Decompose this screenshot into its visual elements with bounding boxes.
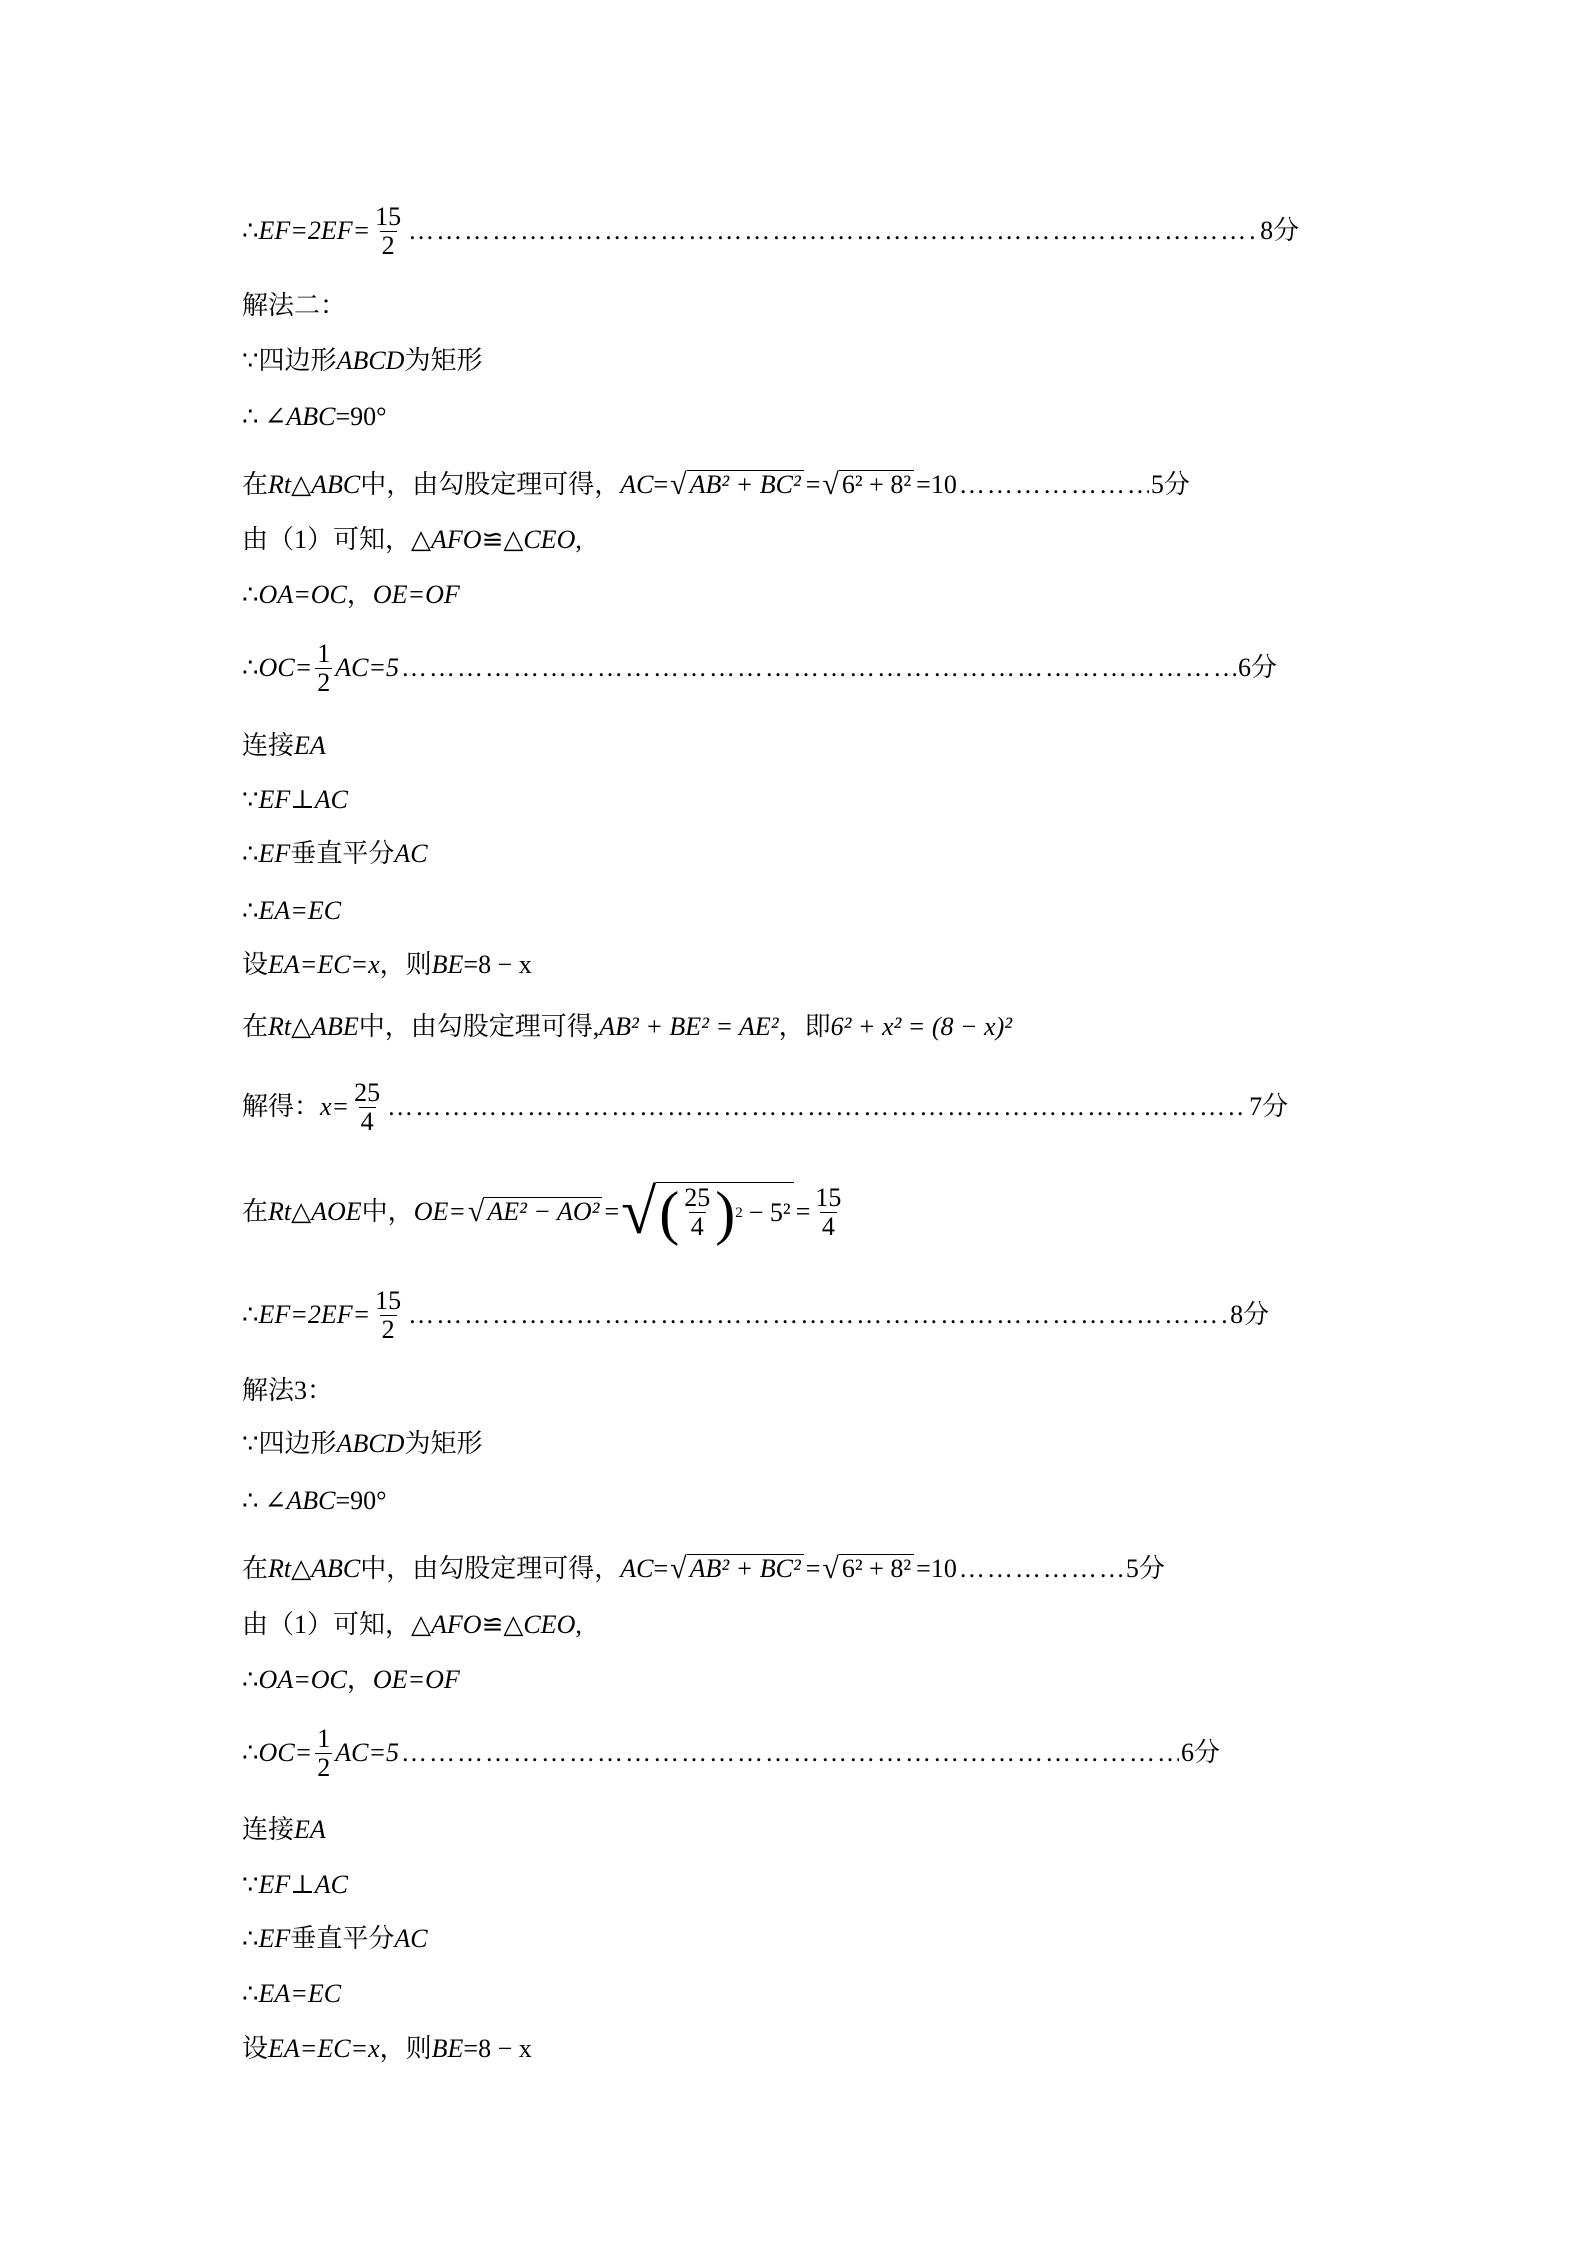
math-expression: EA=EC=x (268, 2034, 380, 2064)
text: 解得： (242, 1092, 320, 1122)
section-heading-method-2: 解法二： (242, 291, 346, 321)
equals: = (806, 1554, 821, 1584)
math-equation: 6² + x² = (8 − x)² (831, 1012, 1012, 1042)
math-var: EF (259, 1924, 291, 1954)
math-expression: EA=EC=x (268, 950, 380, 980)
congruent-symbol: ≌△ (482, 1610, 524, 1640)
leader-dots: …………………………………………………………………………………………………………… (401, 653, 1236, 683)
equals: = (653, 470, 668, 500)
therefore-symbol: ∴ (242, 896, 259, 926)
radical-icon: √ (670, 470, 686, 500)
math-expression: x= (320, 1092, 349, 1122)
line-rectangle-given-2: ∵ 四边形 ABCD 为矩形 (242, 1429, 482, 1459)
leader-dots: …………………………………………………………………………………………………………… (959, 1554, 1124, 1584)
math-var: Rt (268, 1197, 291, 1227)
fraction: 152 (373, 1287, 403, 1344)
math-var: AFO (431, 525, 482, 555)
text: 在 (242, 1554, 268, 1584)
math-expression: EA=EC (259, 896, 342, 926)
math-var: EA (294, 731, 326, 761)
because-symbol: ∵ (242, 1870, 259, 1900)
line-pythagoras-ac: 在 Rt △ ABC 中，由勾股定理可得， AC = √AB² + BC² = … (242, 470, 1302, 500)
math-var: ABC (311, 470, 360, 500)
angle-symbol: ∠ (265, 402, 287, 432)
score-label: 6分 (1238, 653, 1277, 683)
text: 在 (242, 1012, 268, 1042)
line-pythagoras-ac-2: 在 Rt △ ABC 中，由勾股定理可得， AC = √AB² + BC² = … (242, 1554, 1272, 1584)
text: =90° (335, 402, 386, 432)
math-var: AC (620, 1554, 653, 1584)
math-expression: OE= (414, 1197, 466, 1227)
text: 垂直平分 (290, 839, 394, 869)
fraction: 152 (373, 203, 403, 260)
text: ，即 (779, 1012, 831, 1042)
line-ea-ec-2: ∴ EA=EC (242, 1979, 341, 2009)
math-var: AC (620, 470, 653, 500)
line-ea-ec: ∴ EA=EC (242, 896, 341, 926)
math-expression: AC=5 (335, 653, 399, 683)
triangle-symbol: △ (291, 1012, 311, 1042)
math-expression: OA=OC (259, 1665, 347, 1695)
text: 中，由勾股定理可得, (359, 1012, 600, 1042)
text: 在 (242, 470, 268, 500)
because-symbol: ∵ (242, 346, 259, 376)
line-pythagoras-abe: 在 Rt △ ABE 中，由勾股定理可得, AB² + BE² = AE² ，即… (242, 1012, 1012, 1042)
line-let-x: 设 EA=EC=x ，则 BE =8 − x (242, 950, 532, 980)
therefore-symbol: ∴ (242, 1738, 259, 1768)
line-oa-oc: ∴ OA=OC ， OE=OF (242, 580, 460, 610)
triangle-symbol: △ (411, 525, 431, 555)
math-expression: =8 − x (463, 950, 531, 980)
equals: = (604, 1197, 619, 1227)
perpendicular-symbol: ⊥ (290, 785, 314, 815)
radical-icon: √ (670, 1554, 686, 1584)
line-connect-ea-2: 连接 EA (242, 1815, 326, 1845)
numerator: 15 (373, 1287, 403, 1315)
leader-dots: …………………………………………………………………………………………………………… (401, 1738, 1179, 1768)
therefore-symbol: ∴ (242, 1300, 259, 1330)
line-congruent: 由（1）可知， △ AFO ≌△ CEO , (242, 525, 582, 555)
triangle-symbol: △ (291, 470, 311, 500)
line-oc-half-ac-2: ∴ OC= 12 AC=5 ……………………………………………………………………… (242, 1738, 1252, 1768)
fraction: 12 (315, 1725, 332, 1782)
leader-dots: …………………………………………………………………………………………………………… (408, 1300, 1228, 1330)
numerator: 1 (315, 1725, 332, 1753)
line-ef-result-1: ∴ EF=2EF= 152 ……………………………………………………………………… (242, 216, 1317, 246)
math-expression: OE=OF (373, 580, 460, 610)
line-ef-result-2: ∴ EF=2EF= 152 ……………………………………………………………………… (242, 1300, 1292, 1330)
radicand: AE² − AO² (484, 1197, 602, 1227)
angle-symbol: ∠ (265, 1486, 287, 1516)
denominator: 4 (689, 1212, 706, 1241)
line-angle-abc: ∴ ∠ ABC =90° (242, 402, 387, 432)
congruent-symbol: ≌△ (482, 525, 524, 555)
leader-dots: …………………………………………………………………………………………………………… (387, 1092, 1247, 1122)
triangle-symbol: △ (411, 1610, 431, 1640)
math-var: CEO (523, 1610, 575, 1640)
line-perp-bisector: ∴ EF 垂直平分 AC (242, 839, 428, 869)
radicand: AB² + BC² (687, 1554, 804, 1584)
math-var: AC (394, 1924, 427, 1954)
text: =90° (335, 1486, 386, 1516)
text: 四边形 (259, 346, 337, 376)
comma: , (575, 525, 582, 555)
because-symbol: ∵ (242, 1429, 259, 1459)
score-label: 7分 (1249, 1092, 1288, 1122)
denominator: 4 (359, 1107, 376, 1136)
perpendicular-symbol: ⊥ (290, 1870, 314, 1900)
line-oe-compute: 在 Rt △ AOE 中， OE= √AE² − AO² = √ ( 254 )… (242, 1197, 846, 1227)
math-var: ABC (286, 1486, 335, 1516)
math-expression: EA=EC (259, 1979, 342, 2009)
score-label: 5分 (1151, 470, 1190, 500)
text: 由（1）可知， (242, 1610, 411, 1640)
text: 垂直平分 (290, 1924, 394, 1954)
math-equation: AB² + BE² = AE² (599, 1012, 778, 1042)
score-label: 8分 (1260, 216, 1299, 246)
math-var: CEO (523, 525, 575, 555)
triangle-symbol: △ (291, 1197, 311, 1227)
line-let-x-2: 设 EA=EC=x ，则 BE =8 − x (242, 2034, 532, 2064)
equals: = (796, 1197, 811, 1227)
score-label: 6分 (1181, 1738, 1220, 1768)
math-expression: − 5² (749, 1199, 791, 1227)
math-var: AOE (311, 1197, 362, 1227)
left-paren: ( (659, 1183, 679, 1243)
text: 连接 (242, 731, 294, 761)
section-heading-method-3: 解法3： (242, 1376, 333, 1406)
therefore-symbol: ∴ (242, 216, 259, 246)
equals: = (653, 1554, 668, 1584)
line-oc-half-ac: ∴ OC= 12 AC=5 ……………………………………………………………………… (242, 653, 1312, 683)
math-expression: EF=2EF= (259, 1300, 371, 1330)
denominator: 2 (380, 1315, 397, 1344)
math-var: EF (259, 839, 291, 869)
math-var: Rt (268, 1012, 291, 1042)
numerator: 1 (315, 640, 332, 668)
math-var: ABC (286, 402, 335, 432)
radical-icon: √ (822, 470, 838, 500)
sqrt-expression: √AB² + BC² (670, 470, 804, 500)
line-congruent-2: 由（1）可知， △ AFO ≌△ CEO , (242, 1610, 582, 1640)
line-rectangle-given: ∵ 四边形 ABCD 为矩形 (242, 346, 482, 376)
sqrt-expression: √AB² + BC² (670, 1554, 804, 1584)
score-label: 8分 (1230, 1300, 1269, 1330)
comma: ， (347, 580, 373, 610)
heading-text: 解法二： (242, 291, 346, 321)
text: 中， (362, 1197, 414, 1227)
numerator: 15 (813, 1184, 843, 1212)
line-angle-abc-2: ∴ ∠ ABC =90° (242, 1486, 387, 1516)
triangle-symbol: △ (291, 1554, 311, 1584)
numerator: 15 (373, 203, 403, 231)
therefore-symbol: ∴ (242, 1665, 259, 1695)
numerator: 25 (682, 1184, 712, 1212)
denominator: 2 (315, 1753, 332, 1782)
math-expression: =8 − x (463, 2034, 531, 2064)
math-expression: AC=5 (335, 1738, 399, 1768)
math-var: ABCD (337, 1429, 405, 1459)
text: 中，由勾股定理可得， (360, 470, 620, 500)
fraction: 12 (315, 640, 332, 697)
because-symbol: ∵ (242, 785, 259, 815)
text: 连接 (242, 1815, 294, 1845)
math-var: Rt (268, 1554, 291, 1584)
math-var: AC (394, 839, 427, 869)
line-solve-x: 解得： x= 254 ……………………………………………………………………………… (242, 1092, 1292, 1122)
therefore-symbol: ∴ (242, 1924, 259, 1954)
math-var: ABCD (337, 346, 405, 376)
math-expression: OC= (259, 1738, 313, 1768)
math-var: EF (259, 1870, 291, 1900)
score-label: 5分 (1126, 1554, 1165, 1584)
math-var: AC (315, 1870, 348, 1900)
heading-text: 解法3： (242, 1376, 333, 1406)
math-var: ABE (311, 1012, 359, 1042)
denominator: 2 (315, 668, 332, 697)
text: 设 (242, 2034, 268, 2064)
line-ef-perp-ac-2: ∵ EF ⊥ AC (242, 1870, 348, 1900)
math-expression: OC= (259, 653, 313, 683)
math-var: BE (432, 2034, 464, 2064)
result: =10 (916, 470, 957, 500)
fraction: 254 (352, 1079, 382, 1136)
math-expression: EF=2EF= (259, 216, 371, 246)
text: 在 (242, 1197, 268, 1227)
therefore-symbol: ∴ (242, 1486, 259, 1516)
comma: ， (347, 1665, 373, 1695)
text: 由（1）可知， (242, 525, 411, 555)
radicand: ( 254 )2 − 5² (656, 1182, 793, 1243)
line-ef-perp-ac: ∵ EF ⊥ AC (242, 785, 348, 815)
math-expression: OE=OF (373, 1665, 460, 1695)
therefore-symbol: ∴ (242, 839, 259, 869)
math-var: Rt (268, 470, 291, 500)
denominator: 2 (380, 231, 397, 260)
line-perp-bisector-2: ∴ EF 垂直平分 AC (242, 1924, 428, 1954)
therefore-symbol: ∴ (242, 653, 259, 683)
radicand: 6² + 8² (839, 1554, 914, 1584)
sqrt-expression: √6² + 8² (822, 1554, 914, 1584)
radical-icon: √ (822, 1554, 838, 1584)
fraction: 254 (682, 1184, 712, 1241)
equals: = (806, 470, 821, 500)
text: 为矩形 (404, 346, 482, 376)
radical-icon: √ (468, 1197, 484, 1227)
right-paren: ) (715, 1183, 735, 1243)
result: =10 (916, 1554, 957, 1584)
radicand: AB² + BC² (687, 470, 804, 500)
line-connect-ea: 连接 EA (242, 731, 326, 761)
fraction: 154 (813, 1184, 843, 1241)
therefore-symbol: ∴ (242, 580, 259, 610)
text: ，则 (380, 2034, 432, 2064)
math-var: AC (315, 785, 348, 815)
text: 为矩形 (404, 1429, 482, 1459)
math-var: BE (432, 950, 464, 980)
sqrt-expression: √AE² − AO² (468, 1197, 603, 1227)
leader-dots: …………………………………………………………………………………………………………… (959, 470, 1149, 500)
math-var: ABC (311, 1554, 360, 1584)
leader-dots: …………………………………………………………………………………………………………… (408, 216, 1258, 246)
sqrt-expression: √6² + 8² (822, 470, 914, 500)
math-var: EA (294, 1815, 326, 1845)
sqrt-nested-expression: √ ( 254 )2 − 5² (621, 1180, 794, 1244)
radical-icon: √ (621, 1180, 656, 1244)
radicand: 6² + 8² (839, 470, 914, 500)
text: ，则 (380, 950, 432, 980)
math-var: AFO (431, 1610, 482, 1640)
text: 中，由勾股定理可得， (360, 1554, 620, 1584)
numerator: 25 (352, 1079, 382, 1107)
line-oa-oc-2: ∴ OA=OC ， OE=OF (242, 1665, 460, 1695)
therefore-symbol: ∴ (242, 1979, 259, 2009)
therefore-symbol: ∴ (242, 402, 259, 432)
denominator: 4 (820, 1212, 837, 1241)
text: 四边形 (259, 1429, 337, 1459)
math-expression: OA=OC (259, 580, 347, 610)
comma: , (575, 1610, 582, 1640)
math-var: EF (259, 785, 291, 815)
text: 设 (242, 950, 268, 980)
